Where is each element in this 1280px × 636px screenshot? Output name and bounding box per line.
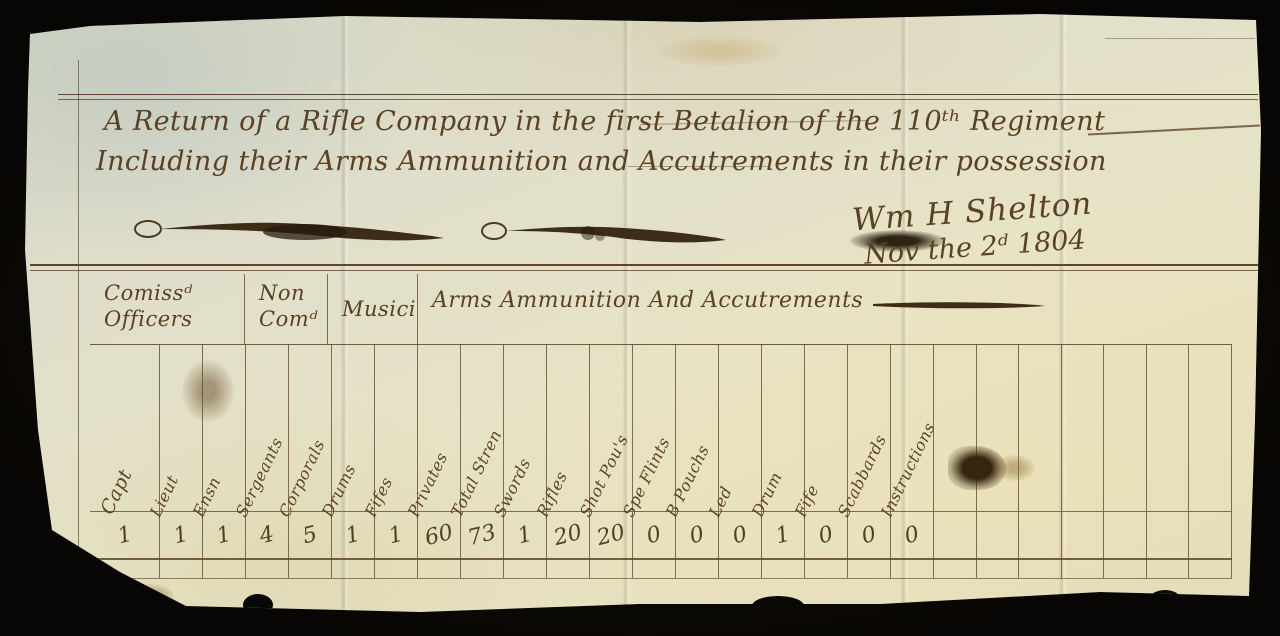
column-value-text: 1	[515, 521, 535, 549]
table-column-instructions: Instructions0	[891, 344, 934, 578]
column-value-text: 20	[594, 519, 627, 550]
column-value: 20	[547, 511, 589, 558]
table-column-empty	[1019, 344, 1062, 578]
column-value: 1	[160, 511, 202, 558]
ruled-line-mid-2	[30, 270, 1258, 271]
table-column-empty	[977, 344, 1020, 578]
table-column-corporals: Corporals5	[289, 344, 332, 578]
band-label-officers-2: Officers	[104, 306, 244, 332]
table-column-led: Led0	[719, 344, 762, 578]
ruled-line-corner	[1105, 38, 1255, 39]
paper-hole	[243, 594, 273, 616]
table-column-empty	[1147, 344, 1190, 578]
table-column-drums: Drums1	[332, 344, 375, 578]
document-title-line2: Including their Arms Ammunition and Accu…	[96, 146, 1107, 177]
band-label-officers-1: Comissᵈ	[104, 280, 244, 306]
column-value-text: 1	[386, 521, 406, 549]
ruled-line-values-bottom	[78, 558, 1232, 560]
ink-flourish-right	[478, 218, 733, 250]
column-value-text: 1	[171, 521, 191, 549]
band-label-musici: Musici	[342, 296, 417, 322]
column-value: 20	[590, 511, 632, 558]
table-column-ensn: Ensn1	[203, 344, 246, 578]
band-cell-arms: Arms Ammunition And Accutrements	[418, 274, 1232, 344]
table-column-total-stren: Total Stren73	[461, 344, 504, 578]
column-value-text: 1	[214, 521, 234, 549]
column-value-empty	[977, 511, 1019, 558]
column-value: 60	[418, 511, 460, 558]
column-value-text: 1	[773, 521, 793, 549]
column-value: 0	[891, 511, 933, 558]
columns-area: Capt1Lieut1Ensn1Sergeants4Corporals5Drum…	[90, 344, 1232, 579]
column-value-text: 1	[343, 521, 363, 549]
table-column-fife: Fife0	[805, 344, 848, 578]
column-value-empty	[1062, 511, 1104, 558]
column-value-text: 0	[902, 521, 922, 549]
column-value: 4	[246, 511, 288, 558]
column-value: 73	[461, 511, 503, 558]
table-column-empty	[1062, 344, 1105, 578]
column-value-empty	[934, 511, 976, 558]
column-value: 1	[762, 511, 804, 558]
column-value-text: 4	[257, 521, 277, 549]
column-value-empty	[1104, 511, 1146, 558]
correction-stroke-2	[628, 166, 768, 167]
table-column-shot-pou-s: Shot Pou's20	[590, 344, 633, 578]
table-column-swords: Swords1	[504, 344, 547, 578]
ink-flourish-left	[130, 214, 450, 248]
band-cell-noncom: Non Comᵈ	[245, 274, 328, 344]
column-value: 0	[805, 511, 847, 558]
band-cell-musici: Musici	[328, 274, 418, 344]
column-value-text: 73	[465, 519, 498, 550]
table-column-fifes: Fifes1	[375, 344, 418, 578]
ruled-line-bottom-faint	[95, 578, 1232, 579]
band-dash-flourish	[873, 300, 1053, 310]
column-value-text: 0	[644, 521, 664, 549]
column-value-text: 0	[730, 521, 750, 549]
column-value: 0	[848, 511, 890, 558]
margin-line	[78, 60, 79, 592]
document-title-line1: A Return of a Rifle Company in the first…	[104, 106, 1105, 137]
table-column-capt: Capt1	[90, 344, 160, 578]
column-value: 1	[90, 511, 159, 558]
table-column-drum: Drum1	[762, 344, 805, 578]
column-value-text: 0	[687, 521, 707, 549]
table-column-empty	[1104, 344, 1147, 578]
column-value: 1	[203, 511, 245, 558]
table-column-sergeants: Sergeants4	[246, 344, 289, 578]
table-column-rifles: Rifles20	[547, 344, 590, 578]
band-label-arms: Arms Ammunition And Accutrements	[432, 288, 863, 314]
column-value-text: 0	[816, 521, 836, 549]
table-column-empty	[1189, 344, 1232, 578]
scan-background: A Return of a Rifle Company in the first…	[0, 0, 1280, 636]
column-value-text: 0	[859, 521, 879, 549]
column-value: 1	[504, 511, 546, 558]
band-label-noncom-2: Comᵈ	[259, 306, 327, 332]
paper-hole	[752, 596, 804, 616]
paper-hole	[1148, 590, 1182, 612]
column-value-text: 1	[115, 521, 135, 549]
column-value: 5	[289, 511, 331, 558]
stain-bottom	[126, 584, 174, 608]
band-label-noncom-1: Non	[259, 280, 327, 306]
table-column-scabbards: Scabbards0	[848, 344, 891, 578]
column-value-empty	[1189, 511, 1231, 558]
column-value: 1	[375, 511, 417, 558]
strike-stroke	[1088, 125, 1260, 136]
column-value: 1	[332, 511, 374, 558]
column-value-empty	[1019, 511, 1061, 558]
table-column-spe-flints: Spe Flints0	[633, 344, 676, 578]
column-value-text: 20	[551, 519, 584, 550]
stain-top	[660, 36, 780, 66]
ruled-line-top-2	[58, 99, 1258, 100]
ruled-line-mid	[30, 264, 1258, 266]
ruled-line-top	[58, 94, 1258, 95]
table-column-empty	[934, 344, 977, 578]
table-column-privates: Privates60	[418, 344, 461, 578]
table-column-b-pouchs: B Pouchs0	[676, 344, 719, 578]
table-column-lieut: Lieut1	[160, 344, 203, 578]
column-value: 0	[633, 511, 675, 558]
column-value: 0	[676, 511, 718, 558]
column-value-text: 5	[300, 521, 320, 549]
column-value: 0	[719, 511, 761, 558]
document-paper: A Return of a Rifle Company in the first…	[0, 0, 1280, 636]
column-value-text: 60	[422, 519, 455, 550]
band-cell-officers: Comissᵈ Officers	[90, 274, 245, 344]
column-value-empty	[1147, 511, 1189, 558]
header-band: Comissᵈ Officers Non Comᵈ Musici Arms Am…	[90, 274, 1232, 345]
